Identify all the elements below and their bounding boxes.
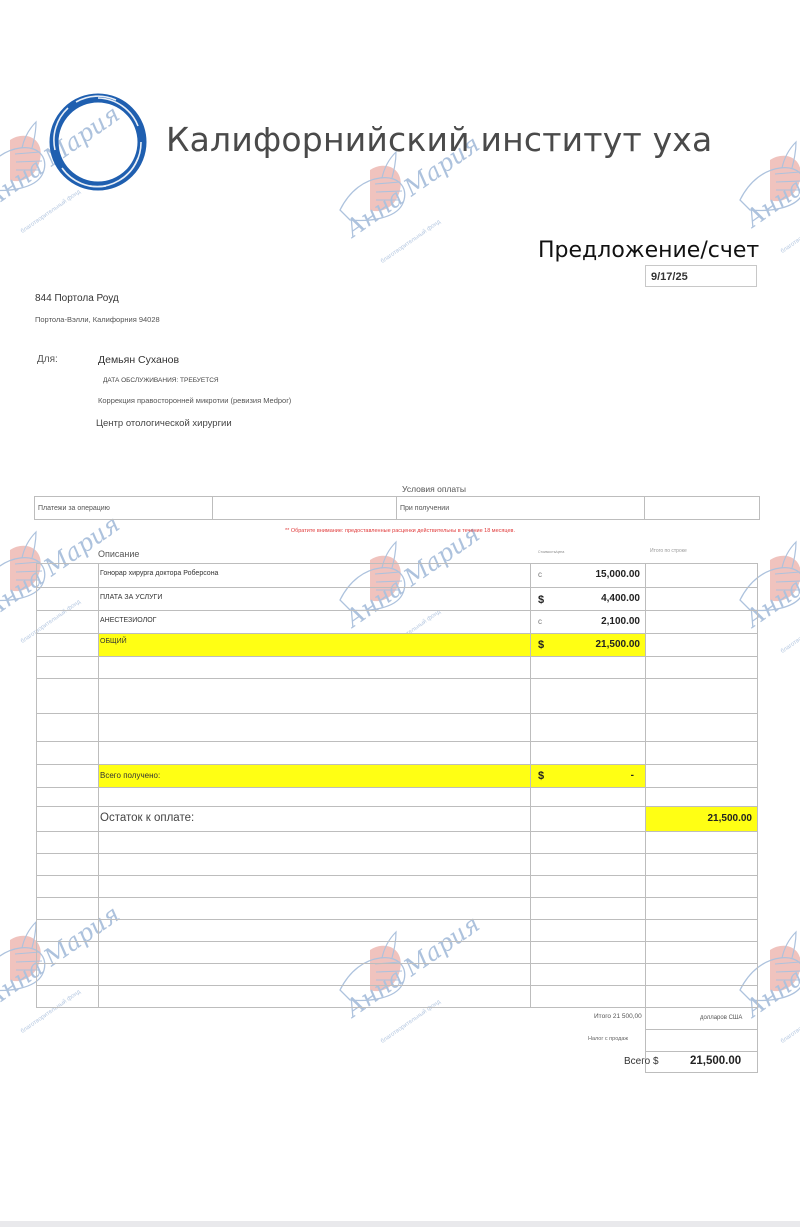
column-header-price: Стоимость/цена <box>538 550 564 554</box>
item-amount: 2,100.00 <box>556 616 640 627</box>
received-amount: - <box>556 770 634 781</box>
company-name: Калифорнийский институт уха <box>166 120 712 159</box>
currency-label: долларов США <box>700 1015 742 1021</box>
item-amount: 15,000.00 <box>556 569 640 580</box>
watermark-subtitle: благотворительный фонд <box>380 219 442 265</box>
table-row: ПЛАТА ЗА УСЛУГИ$4,400.00 <box>36 587 758 610</box>
currency-symbol: с <box>538 617 542 626</box>
table-row: Гонорар хирурга доктора Роберсонас15,000… <box>36 563 758 587</box>
payment-terms-cell: Платежи за операцию <box>35 497 213 520</box>
sales-tax-label: Налог с продаж <box>588 1036 628 1042</box>
item-amount: 4,400.00 <box>556 593 640 604</box>
table-row: Всего получено:$- <box>36 764 758 787</box>
currency-symbol: с <box>538 570 542 579</box>
table-row <box>36 656 758 678</box>
subtotal: Итого 21 500,00 <box>594 1013 642 1020</box>
watermark-subtitle: благотворительный фонд <box>20 189 82 235</box>
balance-due-label: Остаток к оплате: <box>100 812 194 824</box>
address-line-1: 844 Портола Роуд <box>35 293 119 304</box>
watermark-script: Анна Мария <box>740 120 800 233</box>
table-row <box>36 853 758 875</box>
table-row <box>36 897 758 919</box>
table-row <box>36 875 758 897</box>
column-header-description: Описание <box>98 549 139 559</box>
currency-symbol: $ <box>538 594 544 606</box>
column-header-line-total: Итого по строке <box>650 548 687 554</box>
watermark-subtitle: благотворительный фонд <box>780 209 800 255</box>
surgery-center: Центр отологической хирургии <box>96 418 232 429</box>
table-row <box>36 941 758 963</box>
payment-terms-cell <box>645 497 760 520</box>
service-date: ДАТА ОБСЛУЖИВАНИЯ: ТРЕБУЕТСЯ <box>103 377 219 384</box>
date-field[interactable]: 9/17/25 <box>645 265 757 287</box>
payment-terms-cell <box>213 497 397 520</box>
table-row: АНЕСТЕЗИОЛОГс2,100.00 <box>36 610 758 633</box>
recipient-name: Демьян Суханов <box>98 354 179 366</box>
currency-symbol: $ <box>538 770 544 782</box>
document-title: Предложение/счет <box>538 238 759 263</box>
balance-due-amount: 21,500.00 <box>648 813 752 824</box>
total-amount: 21,500.00 <box>556 639 640 650</box>
item-description: ПЛАТА ЗА УСЛУГИ <box>100 594 162 601</box>
procedure-description: Коррекция правосторонней микротии (ревиз… <box>98 396 291 405</box>
table-row <box>36 741 758 764</box>
table-row <box>36 919 758 941</box>
hand-heart-icon <box>730 140 800 220</box>
grand-total-label: Всего $ <box>624 1056 659 1067</box>
table-row: Остаток к оплате:21,500.00 <box>36 806 758 831</box>
table-row <box>36 963 758 985</box>
table-row: ОБЩИЙ$21,500.00 <box>36 633 758 656</box>
received-label: Всего получено: <box>100 771 160 780</box>
payment-terms-table: Платежи за операцию При получении <box>34 496 760 520</box>
payment-terms-cell: При получении <box>397 497 645 520</box>
validity-note: ** Обратите внимание: предоставленные ра… <box>0 528 800 534</box>
recipient-label: Для: <box>37 354 58 365</box>
item-description: Гонорар хирурга доктора Роберсона <box>100 570 218 577</box>
table-row <box>36 985 758 1008</box>
table-row <box>36 831 758 853</box>
table-row <box>36 678 758 713</box>
watermark-subtitle: благотворительный фонд <box>780 999 800 1045</box>
total-label: ОБЩИЙ <box>100 638 127 645</box>
watermark-subtitle: благотворительный фонд <box>780 609 800 655</box>
charity-watermark: Анна Марияблаготворительный фонд <box>320 150 490 300</box>
item-description: АНЕСТЕЗИОЛОГ <box>100 617 156 624</box>
grand-total-value: 21,500.00 <box>690 1055 741 1067</box>
page-bottom-edge <box>0 1221 800 1227</box>
hand-heart-icon <box>330 150 420 230</box>
table-row <box>36 713 758 741</box>
address-line-2: Портола-Вэлли, Калифорния 94028 <box>35 315 160 324</box>
blue-ring-logo-icon <box>46 90 150 194</box>
currency-symbol: $ <box>538 639 544 651</box>
payment-terms-title: Условия оплаты <box>402 484 466 494</box>
table-row <box>36 787 758 806</box>
